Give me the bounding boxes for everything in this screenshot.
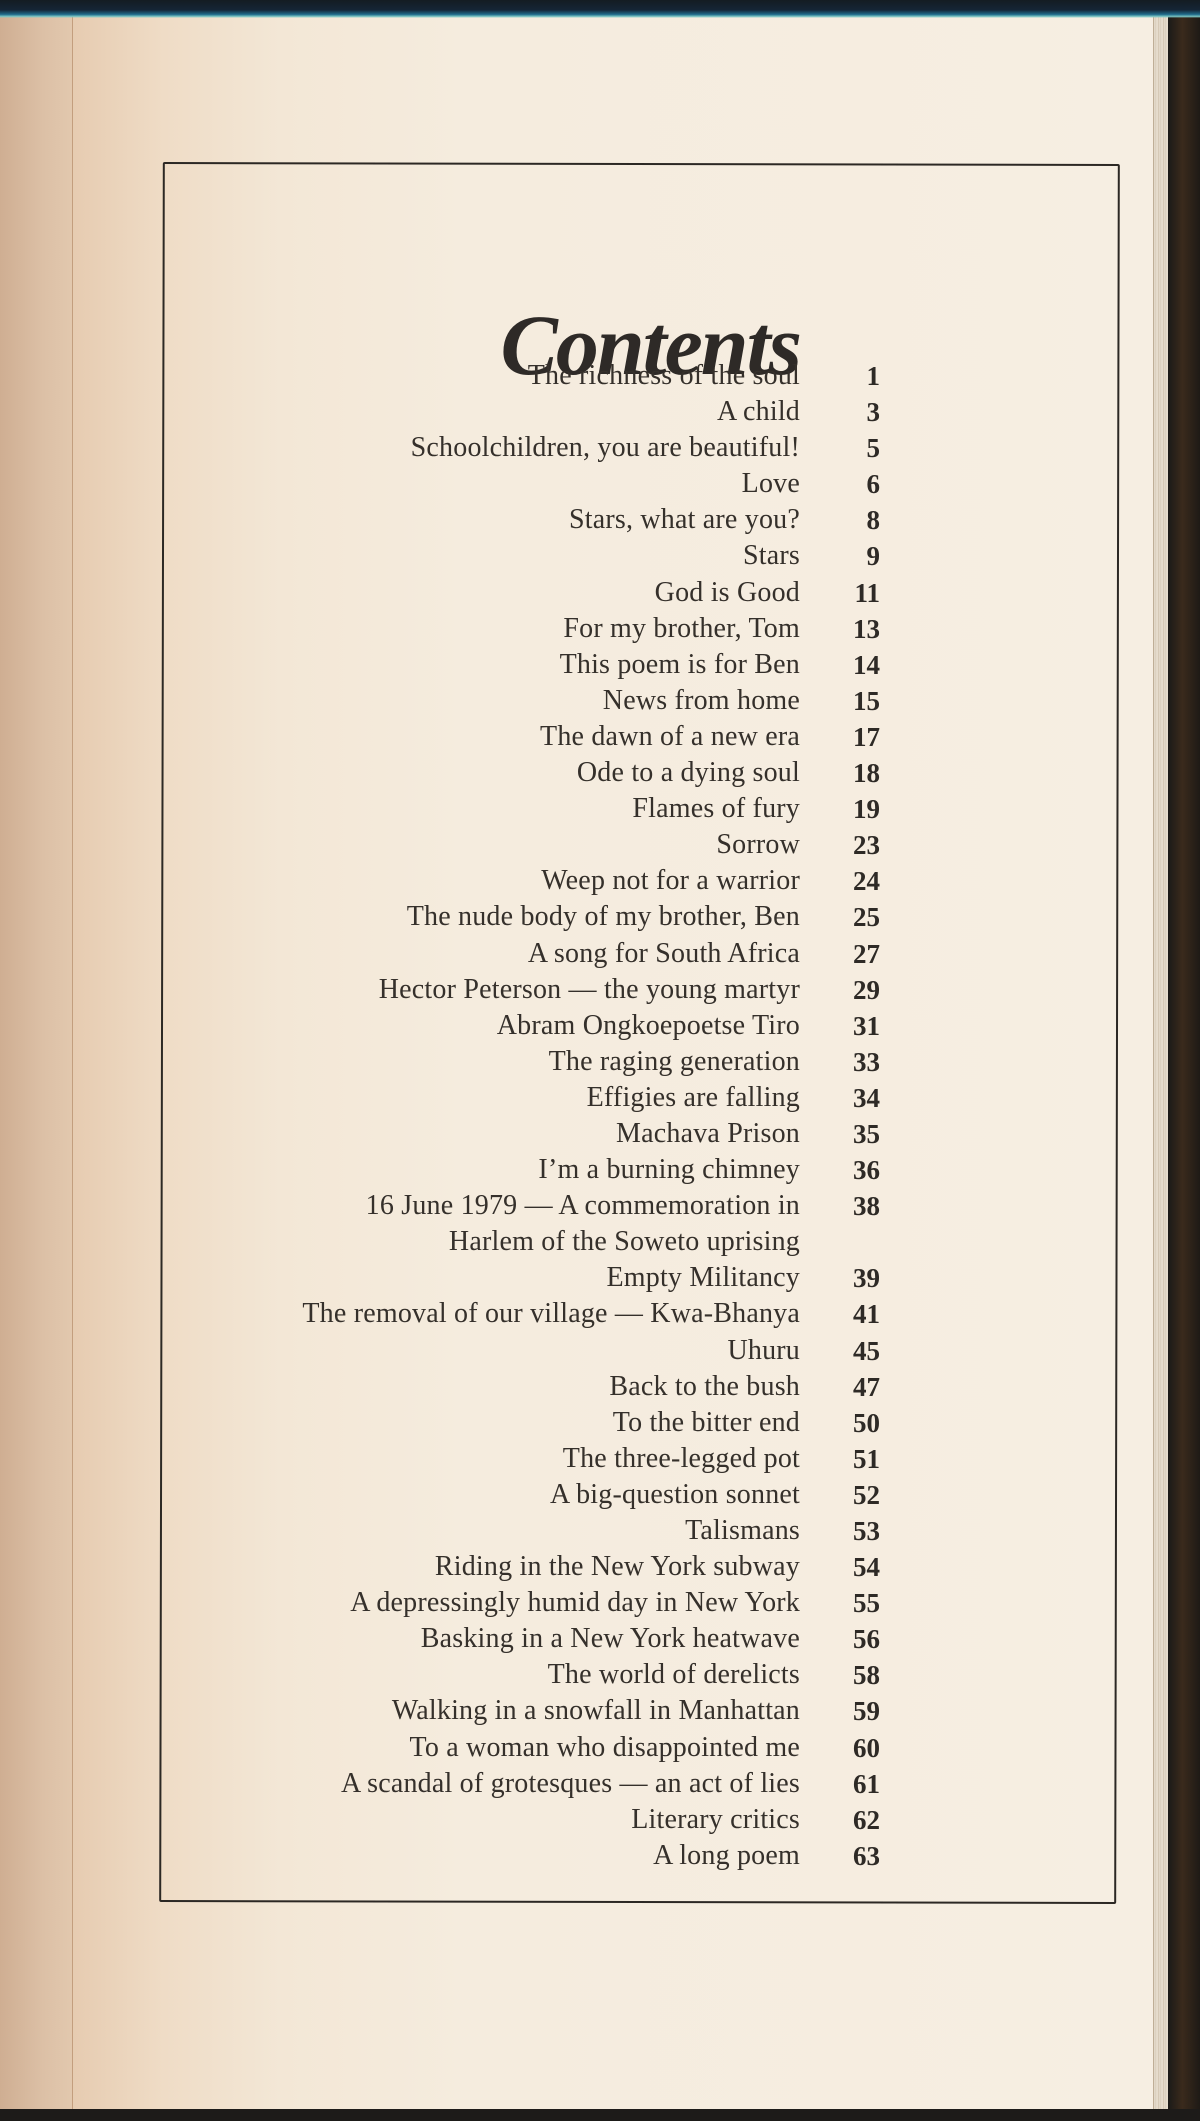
toc-entry: Effigies are falling34 (180, 1080, 880, 1116)
toc-entry-page: 19 (820, 791, 880, 827)
toc-entry-page: 59 (820, 1693, 880, 1729)
toc-entry: Abram Ongkoepoetse Tiro31 (180, 1008, 880, 1044)
toc-entry-title: Effigies are falling (587, 1080, 800, 1116)
toc-entry-title: The removal of our village — Kwa-Bhanya (302, 1296, 800, 1332)
toc-entry-title: A big-question sonnet (550, 1477, 800, 1513)
scan-bottom-edge (0, 2109, 1200, 2121)
toc-entry-title: Stars (743, 538, 800, 574)
toc-entry-page: 14 (820, 647, 880, 683)
toc-entry-title: Flames of fury (632, 791, 800, 827)
toc-entry-page: 61 (820, 1766, 880, 1802)
toc-entry: A big-question sonnet52 (180, 1477, 880, 1513)
toc-entry: Schoolchildren, you are beautiful!5 (180, 430, 880, 466)
toc-entry-title: Schoolchildren, you are beautiful! (411, 430, 800, 466)
toc-entry: I’m a burning chimney36 (180, 1152, 880, 1188)
toc-entry-page: 29 (820, 972, 880, 1008)
toc-entry-title: Back to the bush (609, 1369, 800, 1405)
toc-entry-title: Abram Ongkoepoetse Tiro (497, 1008, 800, 1044)
toc-entry: Stars, what are you?8 (180, 502, 880, 538)
toc-entry-title: A depressingly humid day in New York (350, 1585, 800, 1621)
toc-entry-page: 8 (820, 502, 880, 538)
toc-entry-title: A song for South Africa (528, 936, 800, 972)
toc-entry-page: 56 (820, 1621, 880, 1657)
toc-entry: To a woman who disappointed me60 (180, 1730, 880, 1766)
toc-entry-page: 23 (820, 827, 880, 863)
toc-entry-title: Harlem of the Soweto uprising (449, 1224, 800, 1260)
toc-entry-title: This poem is for Ben (560, 647, 800, 683)
toc-entry-title: Empty Militancy (606, 1260, 800, 1296)
toc-entry: The dawn of a new era17 (180, 719, 880, 755)
page-gutter (0, 14, 73, 2110)
toc-entry-title: A child (717, 394, 800, 430)
toc-entry-title: A scandal of grotesques — an act of lies (341, 1766, 800, 1802)
toc-entry-title: For my brother, Tom (563, 611, 800, 647)
toc-entry-title: News from home (603, 683, 800, 719)
toc-entry: 16 June 1979 — A commemoration in38 (180, 1188, 880, 1224)
toc-entry-page: 39 (820, 1260, 880, 1296)
toc-entry: Basking in a New York heatwave56 (180, 1621, 880, 1657)
toc-entry-page: 34 (820, 1080, 880, 1116)
toc-entry-title: Love (742, 466, 800, 502)
toc-entry-page: 45 (820, 1333, 880, 1369)
toc-entry-title: Basking in a New York heatwave (421, 1621, 800, 1657)
toc-entry: The three-legged pot51 (180, 1441, 880, 1477)
toc-entry-page: 25 (820, 899, 880, 935)
toc-entry-page: 41 (820, 1296, 880, 1332)
toc-entry: Walking in a snowfall in Manhattan59 (180, 1693, 880, 1729)
toc-entry: Riding in the New York subway54 (180, 1549, 880, 1585)
toc-entry-page: 63 (820, 1838, 880, 1874)
toc-entry: The world of derelicts58 (180, 1657, 880, 1693)
toc-entry-title: God is Good (655, 575, 800, 611)
toc-entry: Back to the bush47 (180, 1369, 880, 1405)
toc-entry-page: 9 (820, 538, 880, 574)
toc-entry-page: 5 (820, 430, 880, 466)
toc-entry: Machava Prison35 (180, 1116, 880, 1152)
toc-entry-page: 62 (820, 1802, 880, 1838)
toc-entry: The nude body of my brother, Ben25 (180, 899, 880, 935)
toc-entry: Talismans53 (180, 1513, 880, 1549)
toc-entry-page: 50 (820, 1405, 880, 1441)
toc-entry: God is Good11 (180, 575, 880, 611)
toc-entry-title: Hector Peterson — the young martyr (379, 972, 800, 1008)
toc-entry: News from home15 (180, 683, 880, 719)
toc-entry-title: I’m a burning chimney (538, 1152, 800, 1188)
toc-entry-page: 11 (820, 575, 880, 611)
toc-entry-title: The three-legged pot (563, 1441, 800, 1477)
toc-entry: For my brother, Tom13 (180, 611, 880, 647)
toc-entry: A song for South Africa27 (180, 936, 880, 972)
toc-entry: A scandal of grotesques — an act of lies… (180, 1766, 880, 1802)
toc-entry: The raging generation33 (180, 1044, 880, 1080)
toc-entry-title: Stars, what are you? (569, 502, 800, 538)
toc-entry-title: Literary critics (631, 1802, 800, 1838)
toc-entry-page: 1 (820, 358, 880, 394)
toc-entry-title: Machava Prison (616, 1116, 800, 1152)
toc-entry-title: The world of derelicts (548, 1657, 800, 1693)
toc-entry-page: 54 (820, 1549, 880, 1585)
toc-entry: This poem is for Ben14 (180, 647, 880, 683)
toc-entry-title: The dawn of a new era (540, 719, 800, 755)
toc-entry-page: 24 (820, 863, 880, 899)
toc-entry-title: 16 June 1979 — A commemoration in (366, 1188, 800, 1224)
toc-entry-page: 31 (820, 1008, 880, 1044)
toc-entry-page: 55 (820, 1585, 880, 1621)
toc-entry: Sorrow23 (180, 827, 880, 863)
toc-entry: The removal of our village — Kwa-Bhanya4… (180, 1296, 880, 1332)
toc-entry-title: Talismans (685, 1513, 800, 1549)
toc-entry: The richness of the soul1 (180, 358, 880, 394)
toc-entry-title: Weep not for a warrior (541, 863, 800, 899)
toc-entry-page: 17 (820, 719, 880, 755)
toc-entry-page: 36 (820, 1152, 880, 1188)
toc-entry: Ode to a dying soul18 (180, 755, 880, 791)
toc-entry-title: The nude body of my brother, Ben (407, 899, 800, 935)
toc-entry: Flames of fury19 (180, 791, 880, 827)
scan-top-edge (0, 0, 1200, 18)
toc-entry-title: Uhuru (727, 1333, 800, 1369)
toc-entry: A depressingly humid day in New York55 (180, 1585, 880, 1621)
toc-entry-page: 38 (820, 1188, 880, 1224)
toc-entry-title: Walking in a snowfall in Manhattan (392, 1693, 800, 1729)
toc-entry-page: 27 (820, 936, 880, 972)
toc-entry: Weep not for a warrior24 (180, 863, 880, 899)
toc-entry: To the bitter end50 (180, 1405, 880, 1441)
toc-entry-title: A long poem (653, 1838, 800, 1874)
toc-entry-page: 13 (820, 611, 880, 647)
toc-entry: Love6 (180, 466, 880, 502)
toc-entry: Literary critics62 (180, 1802, 880, 1838)
toc-entry-title: The raging generation (549, 1044, 800, 1080)
toc-entry-title: To the bitter end (613, 1405, 800, 1441)
toc-entry: Empty Militancy39 (180, 1260, 880, 1296)
scan-right-edge (1168, 0, 1200, 2121)
page-fore-edge (1153, 14, 1168, 2110)
toc-entry-title: Ode to a dying soul (577, 755, 800, 791)
table-of-contents: The richness of the soul1 A child3 Schoo… (180, 358, 880, 1874)
toc-entry-page: 3 (820, 394, 880, 430)
toc-entry-title: To a woman who disappointed me (409, 1730, 800, 1766)
toc-entry-page: 52 (820, 1477, 880, 1513)
toc-entry-page: 15 (820, 683, 880, 719)
toc-entry-page: 60 (820, 1730, 880, 1766)
toc-entry-title: The richness of the soul (528, 358, 800, 394)
toc-entry: A child3 (180, 394, 880, 430)
toc-entry-continuation: Harlem of the Soweto uprising (180, 1224, 880, 1260)
toc-entry: A long poem63 (180, 1838, 880, 1874)
toc-entry-page: 33 (820, 1044, 880, 1080)
toc-entry: Uhuru45 (180, 1333, 880, 1369)
toc-entry-page: 47 (820, 1369, 880, 1405)
toc-entry: Hector Peterson — the young martyr29 (180, 972, 880, 1008)
toc-entry-page: 35 (820, 1116, 880, 1152)
toc-entry-page: 51 (820, 1441, 880, 1477)
toc-entry-page: 53 (820, 1513, 880, 1549)
toc-entry-title: Riding in the New York subway (435, 1549, 800, 1585)
toc-entry-page: 18 (820, 755, 880, 791)
toc-entry-page: 6 (820, 466, 880, 502)
toc-entry-page: 58 (820, 1657, 880, 1693)
toc-entry: Stars9 (180, 538, 880, 574)
toc-entry-title: Sorrow (716, 827, 800, 863)
